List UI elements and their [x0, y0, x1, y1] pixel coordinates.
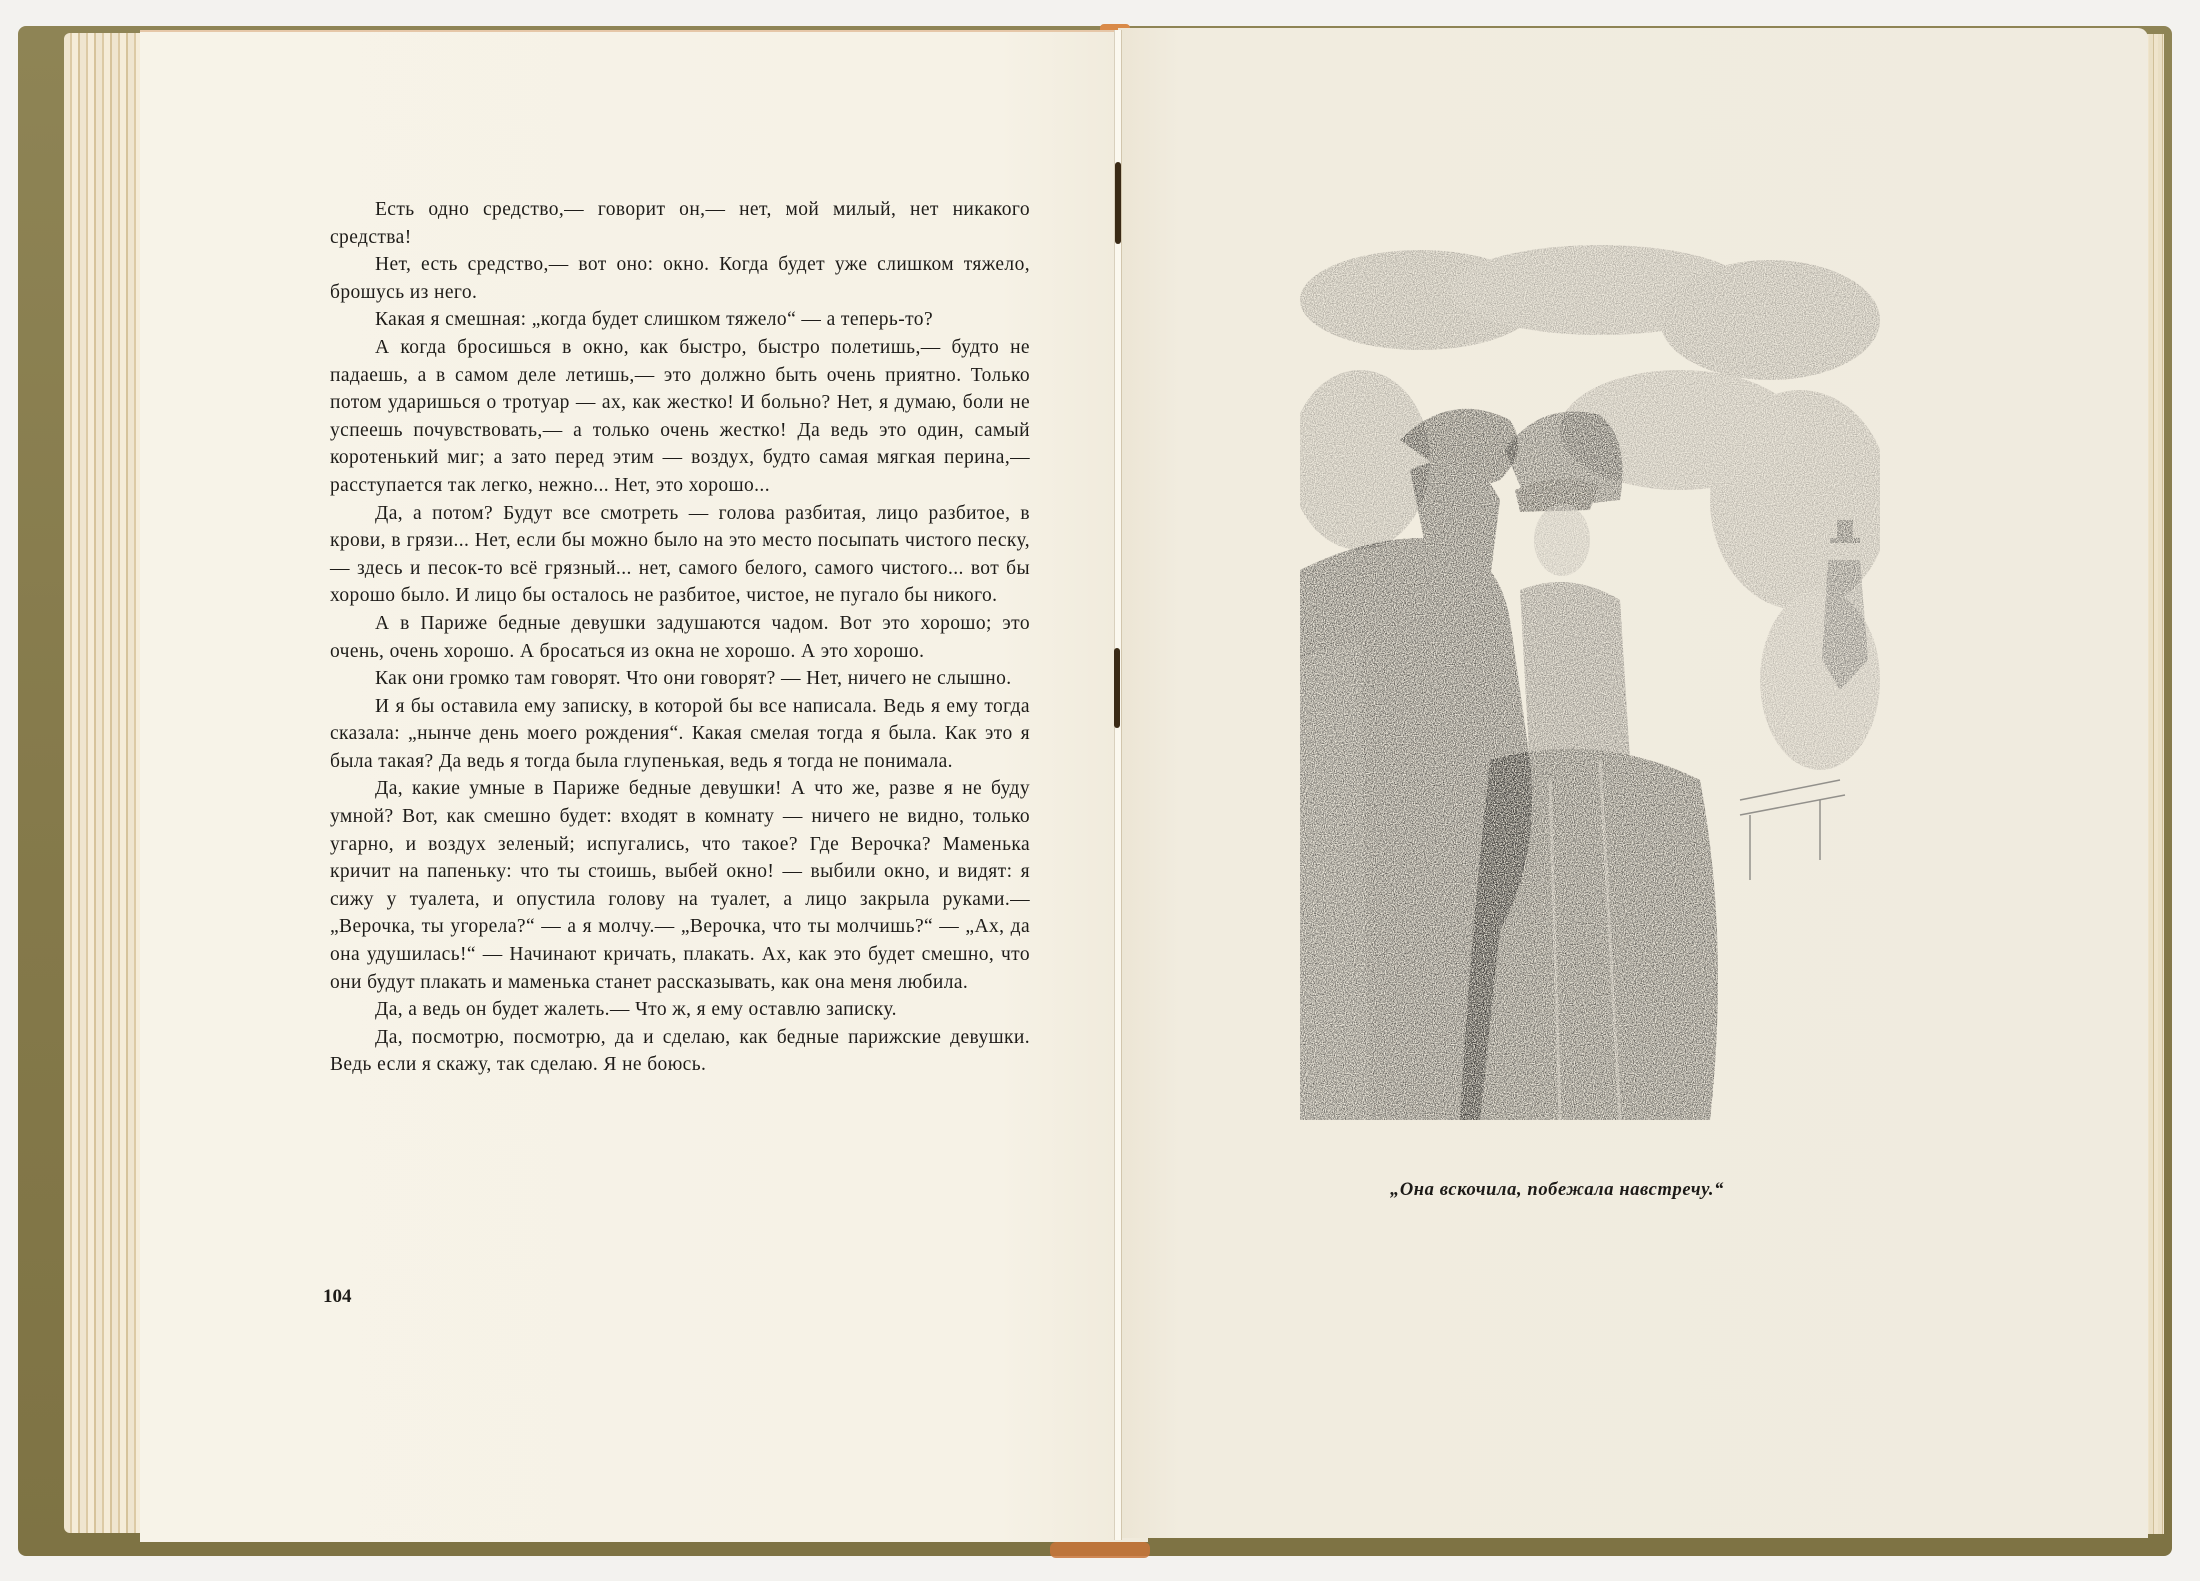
paragraph: Как они громко там говорят. Что они гово…	[330, 665, 1030, 693]
body-text: Есть одно средство,— говорит он,— нет, м…	[330, 196, 1030, 1079]
illustration-couple-in-park	[1300, 240, 1880, 1140]
paragraph: Да, какие умные в Париже бедные девушки!…	[330, 775, 1030, 996]
page-edges-left	[64, 33, 144, 1533]
paragraph: Есть одно средство,— говорит он,— нет, м…	[330, 196, 1030, 251]
illustration-caption: „Она вскочила, побежала навстречу.“	[1390, 1180, 1750, 1201]
paragraph: Какая я смешная: „когда будет слишком тя…	[330, 306, 1030, 334]
paragraph: Да, а потом? Будут все смотреть — голова…	[330, 500, 1030, 610]
paragraph: Да, посмотрю, посмотрю, да и сделаю, как…	[330, 1024, 1030, 1079]
paragraph: Да, а ведь он будет жалеть.— Что ж, я ем…	[330, 996, 1030, 1024]
gutter	[1114, 30, 1122, 1540]
footband	[1050, 1542, 1150, 1558]
binding-thread-bottom	[1114, 648, 1120, 728]
paragraph: А когда бросишься в окно, как быстро, бы…	[330, 334, 1030, 500]
page-number: 104	[323, 1286, 352, 1308]
paragraph: А в Париже бедные девушки задушаются чад…	[330, 610, 1030, 665]
paragraph: Нет, есть средство,— вот оно: окно. Когд…	[330, 251, 1030, 306]
binding-thread-top	[1115, 162, 1121, 244]
paragraph: И я бы оставила ему записку, в которой б…	[330, 693, 1030, 776]
